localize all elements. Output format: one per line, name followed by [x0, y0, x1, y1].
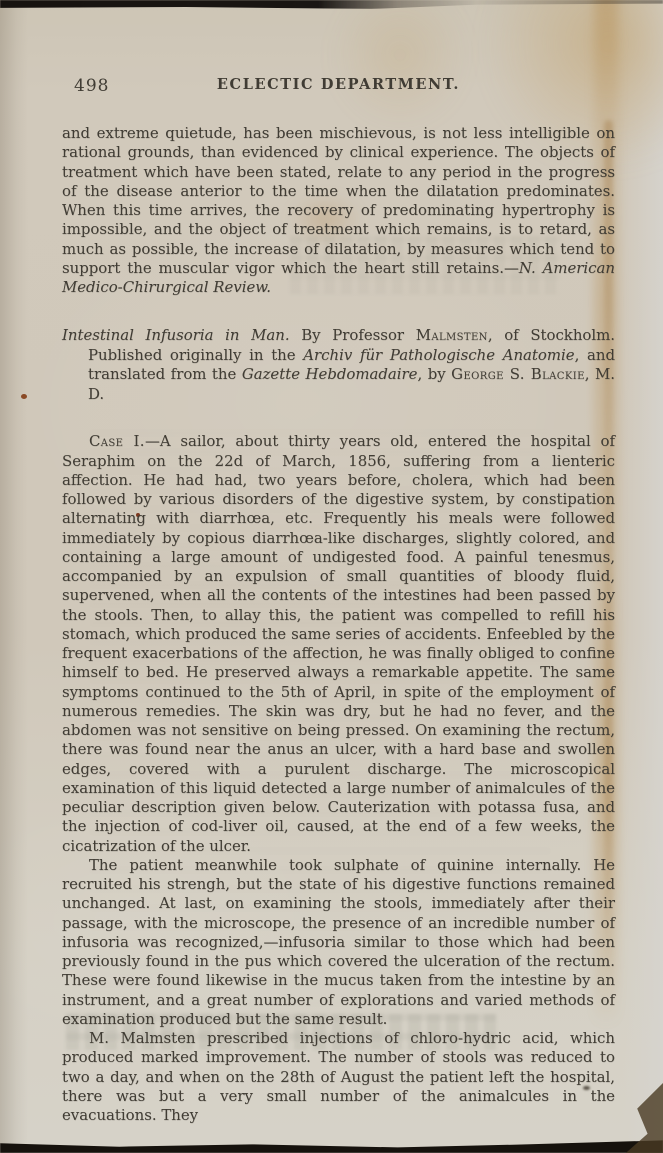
- translator-name-blackie: George S. Blackie: [451, 365, 585, 383]
- heading-text: , by: [417, 365, 451, 383]
- ink-speck: [21, 394, 27, 399]
- page-right-edge: [623, 0, 663, 1153]
- author-name-malmsten: Malmsten: [416, 326, 488, 344]
- running-title: ECLECTIC DEPARTMENT.: [62, 76, 615, 93]
- heading-byline: By Professor: [290, 326, 416, 344]
- page-header: 498 ECLECTIC DEPARTMENT.: [62, 76, 615, 97]
- page-left-shadow: [0, 0, 28, 1153]
- paragraph-continuation-text: and extreme quietude, has been mischievo…: [62, 124, 615, 277]
- paragraph-continuation: and extreme quietude, has been mischievo…: [62, 124, 615, 297]
- journal-name-archiv: Archiv für Pathologische Anatomie: [303, 346, 574, 364]
- paragraph-case-1: Case I.—A sailor, about thirty years old…: [62, 432, 615, 856]
- case-label: Case I.: [89, 432, 145, 450]
- scanned-book-page: 498 ECLECTIC DEPARTMENT. and extreme qui…: [0, 0, 663, 1153]
- journal-name-gazette: Gazette Hebdomadaire: [242, 365, 418, 383]
- scan-dark-edge-bottom: [0, 1139, 663, 1153]
- text-block: 498 ECLECTIC DEPARTMENT. and extreme qui…: [62, 0, 615, 1125]
- paragraph-malmsten: M. Malmsten prescribed injections of chl…: [62, 1029, 615, 1125]
- case-text: —A sailor, about thirty years old, enter…: [62, 432, 615, 854]
- paragraph-quinine: The patient meanwhile took sulphate of q…: [62, 856, 615, 1029]
- article-heading: Intestinal Infusoria in Man. By Professo…: [62, 326, 615, 404]
- article-title: Intestinal Infusoria in Man.: [62, 326, 290, 344]
- page-number: 498: [74, 76, 109, 96]
